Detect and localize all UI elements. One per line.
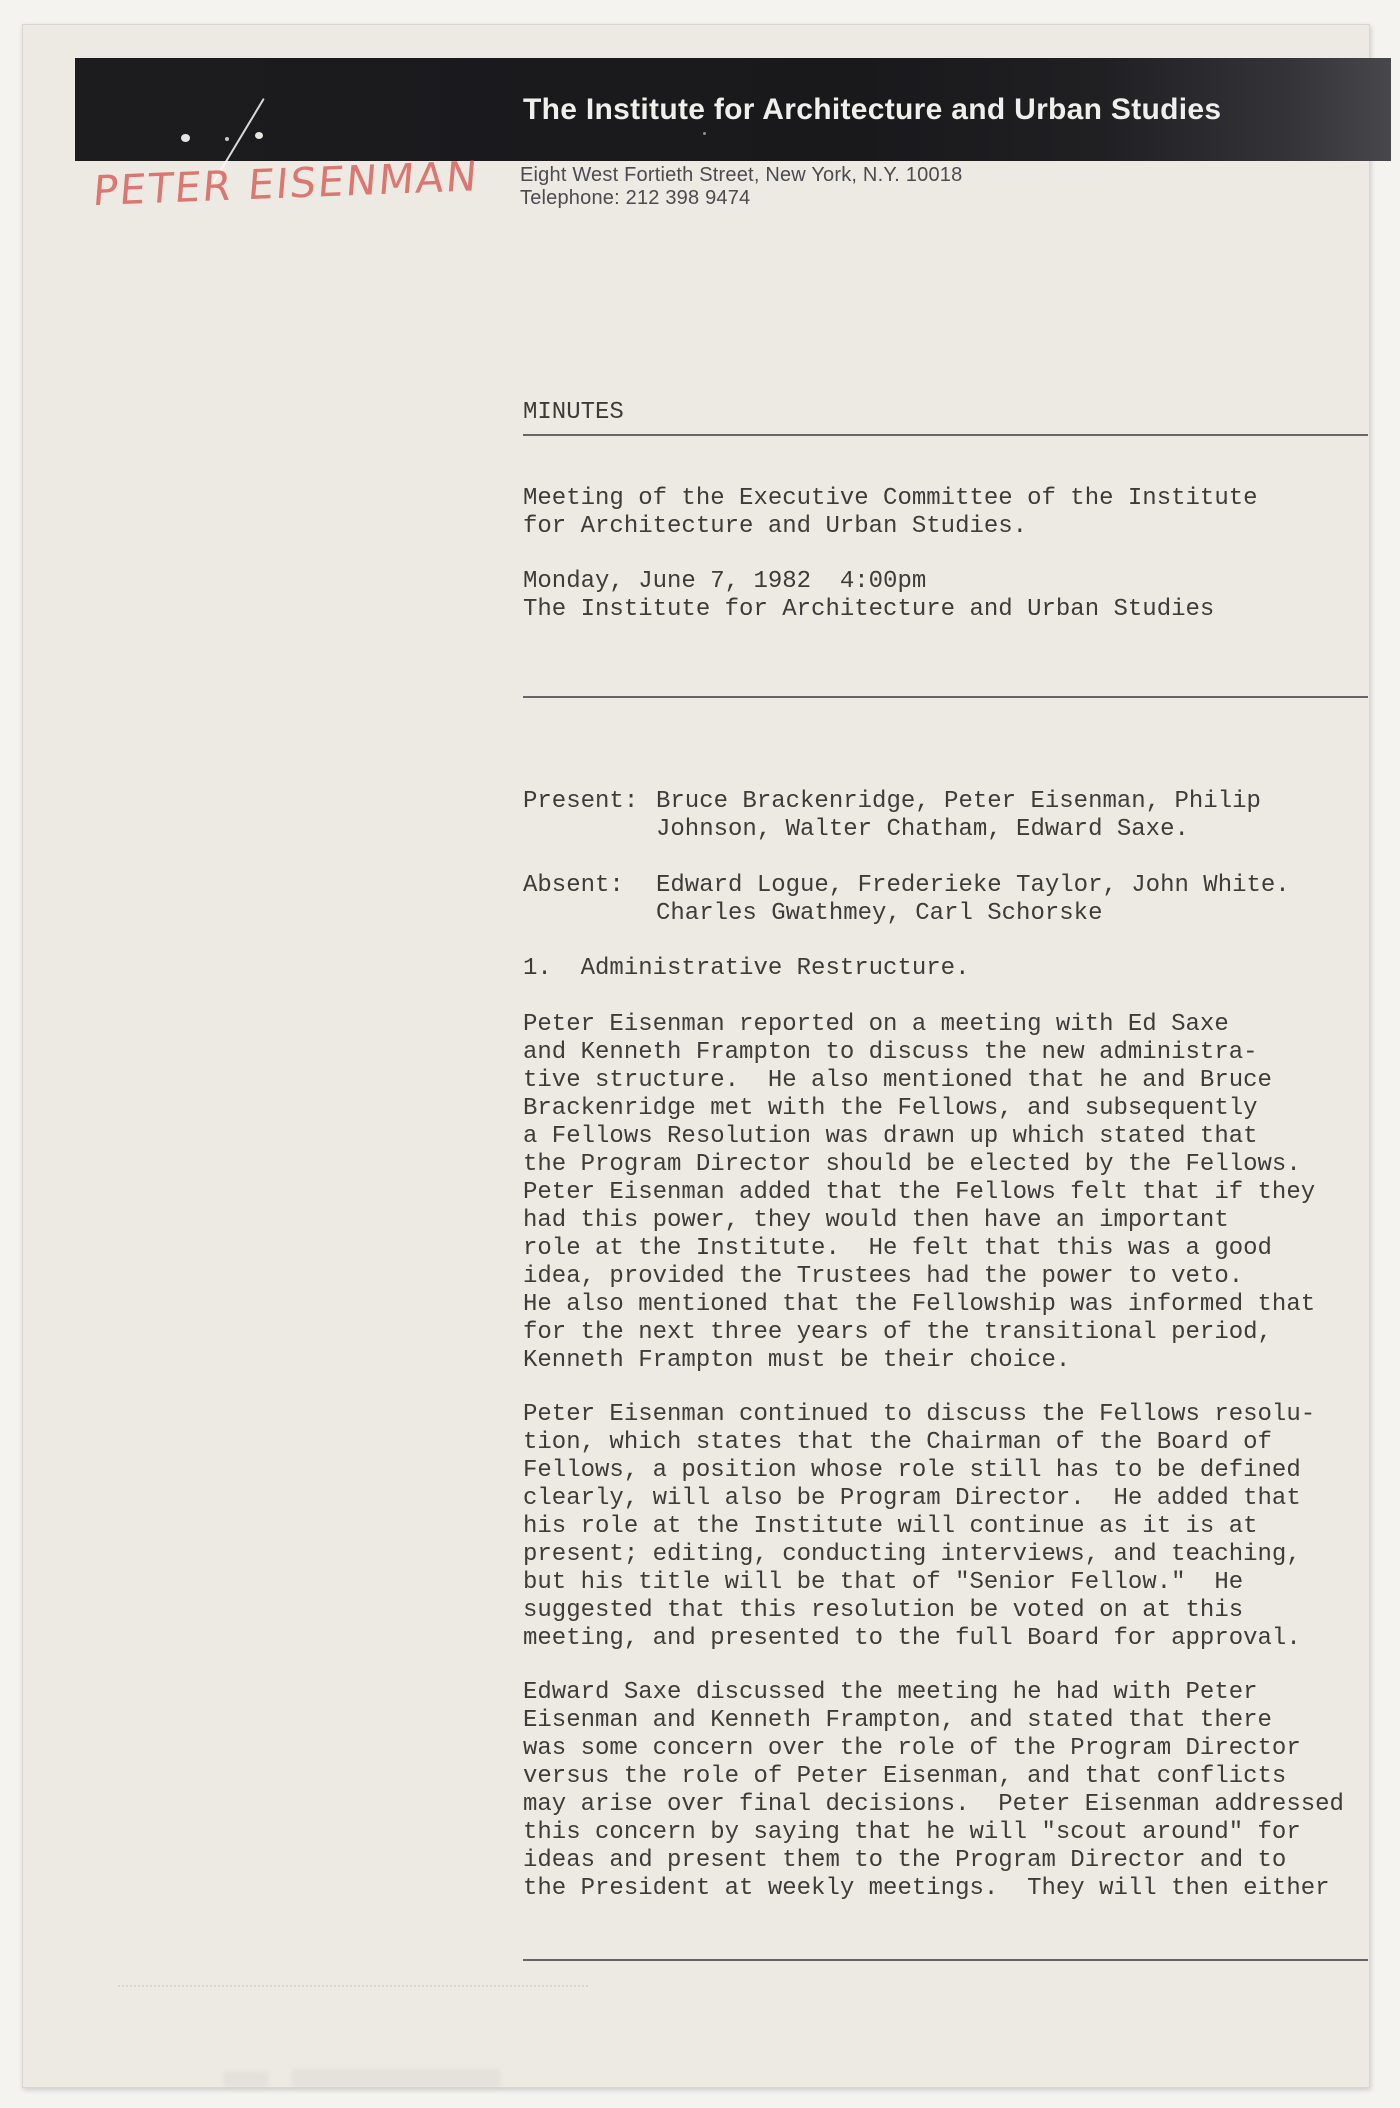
section-1-heading: 1. Administrative Restructure. [523,955,969,983]
body-paragraph: Peter Eisenman continued to discuss the … [523,1401,1315,1653]
organization-name: The Institute for Architecture and Urban… [523,58,1221,161]
scratch-speck [255,132,263,139]
telephone-line: Telephone: 212 398 9474 [520,187,962,210]
absent-names: Edward Logue, Frederieke Taylor, John Wh… [656,872,1290,928]
present-label: Present: [523,788,638,816]
scratch-speck [181,134,190,142]
present-names: Bruce Brackenridge, Peter Eisenman, Phil… [656,788,1261,844]
paper-sheet: The Institute for Architecture and Urban… [22,24,1370,2088]
absent-label: Absent: [523,872,624,900]
meeting-heading: Meeting of the Executive Committee of th… [523,485,1258,541]
horizontal-rule [523,696,1368,698]
body-paragraph: Peter Eisenman reported on a meeting wit… [523,1011,1315,1375]
scanned-document-page: The Institute for Architecture and Urban… [0,0,1400,2108]
body-paragraph: Edward Saxe discussed the meeting he had… [523,1679,1344,1903]
meeting-date-location: Monday, June 7, 1982 4:00pm The Institut… [523,568,1214,624]
bleed-through-smudge [223,2071,269,2087]
letterhead-black-bar: The Institute for Architecture and Urban… [75,58,1391,161]
horizontal-rule [523,1959,1368,1961]
letterhead-address-block: Eight West Fortieth Street, New York, N.… [520,164,962,210]
bleed-through-smudge [291,2069,501,2087]
street-address: Eight West Fortieth Street, New York, N.… [520,164,962,187]
scan-artifact-line [118,1985,588,1987]
scratch-speck [225,137,229,141]
horizontal-rule [523,434,1368,436]
page-title: MINUTES [523,399,624,427]
